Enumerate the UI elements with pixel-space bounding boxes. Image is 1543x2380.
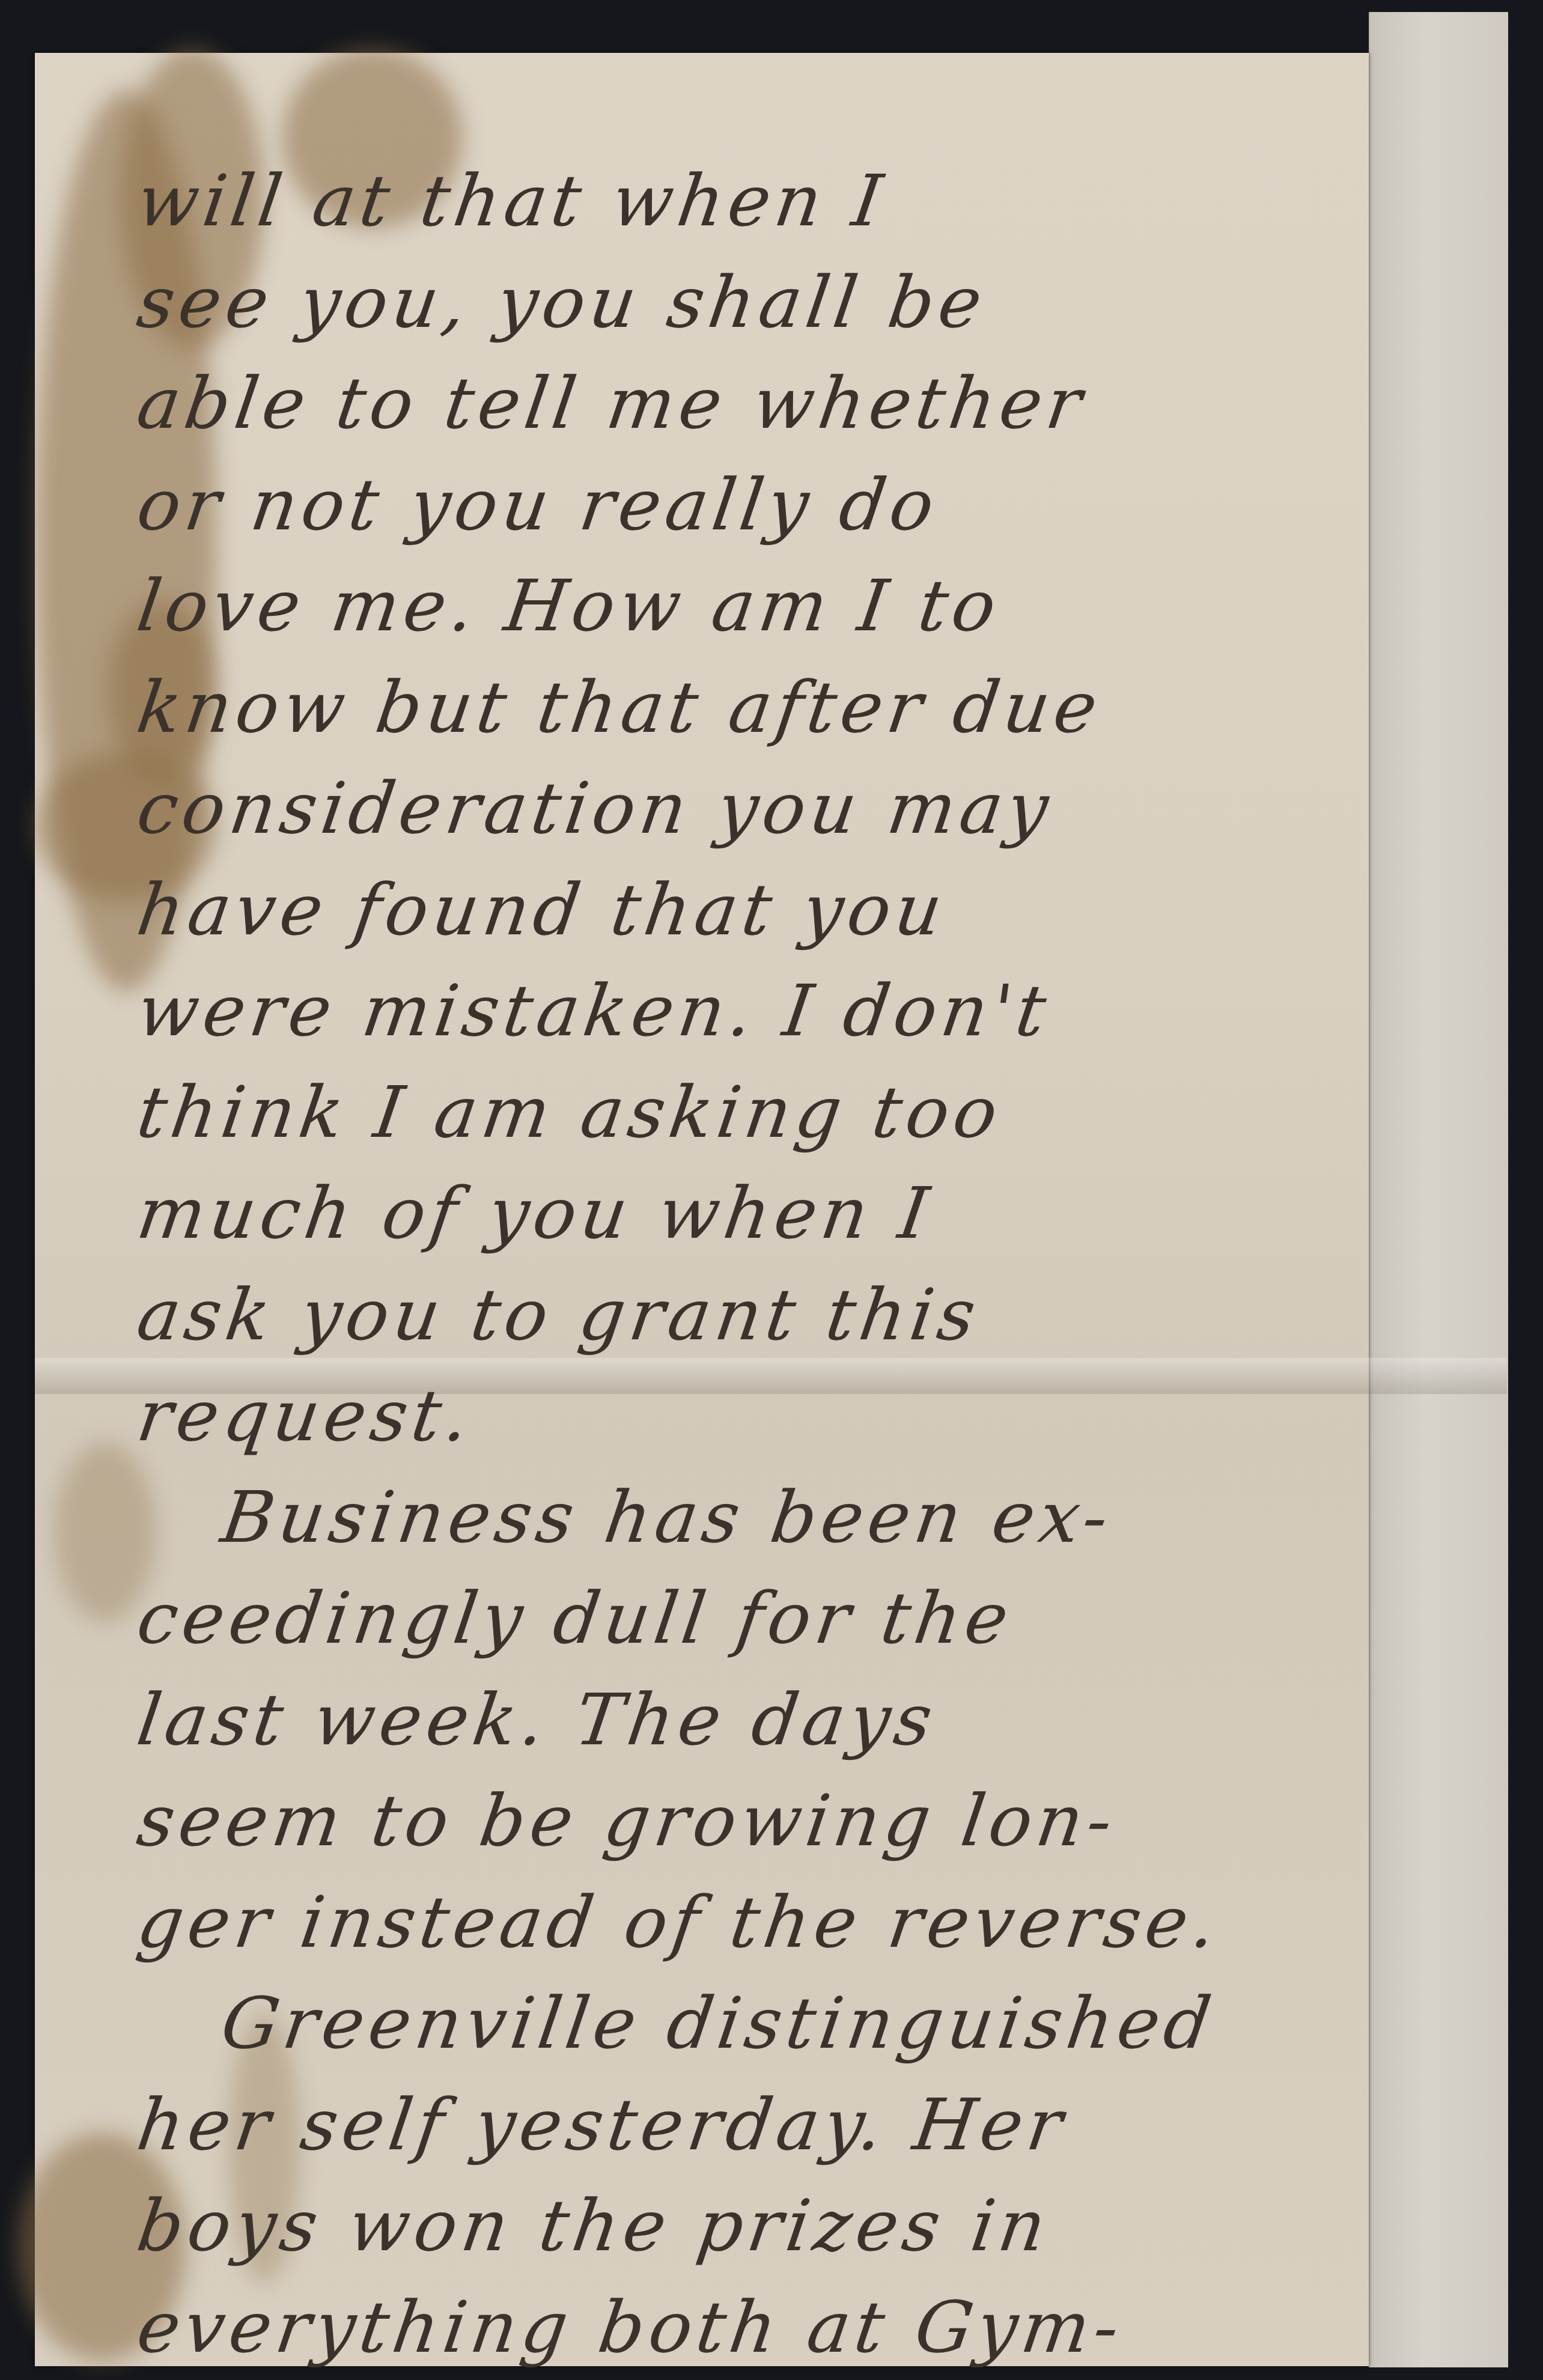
text-line: see you, you shall be — [131, 252, 1437, 353]
text-line: love me. How am I to — [131, 555, 1437, 657]
text-line: ceedingly dull for the — [131, 1568, 1437, 1669]
text-line: know but that after due — [131, 657, 1437, 758]
text-line: will at that when I — [131, 150, 1437, 252]
text-line: request. — [131, 1365, 1437, 1467]
text-line: or not you really do — [131, 454, 1437, 556]
text-line: boys won the prizes in — [131, 2175, 1437, 2277]
text-line: ask you to grant this — [131, 1264, 1437, 1366]
text-line: consideration you may — [131, 758, 1437, 859]
text-line: seem to be growing lon- — [131, 1770, 1437, 1872]
text-line-paragraph-start: Greenville distinguished — [131, 1973, 1437, 2074]
letter-text: will at that when I see you, you shall b… — [138, 150, 1430, 2378]
text-line: were mistaken. I don't — [131, 960, 1437, 1062]
text-line: think I am asking too — [131, 1062, 1437, 1163]
text-line: much of you when I — [131, 1163, 1437, 1264]
text-line: able to tell me whether — [131, 353, 1437, 454]
text-line: have found that you — [131, 859, 1437, 961]
text-line: last week. The days — [131, 1669, 1437, 1771]
text-line-paragraph-start: Business has been ex- — [131, 1467, 1437, 1568]
text-line: her self yesterday. Her — [131, 2074, 1437, 2176]
text-line: everything both at Gym- — [131, 2277, 1437, 2378]
text-line: ger instead of the reverse. — [131, 1872, 1437, 1973]
